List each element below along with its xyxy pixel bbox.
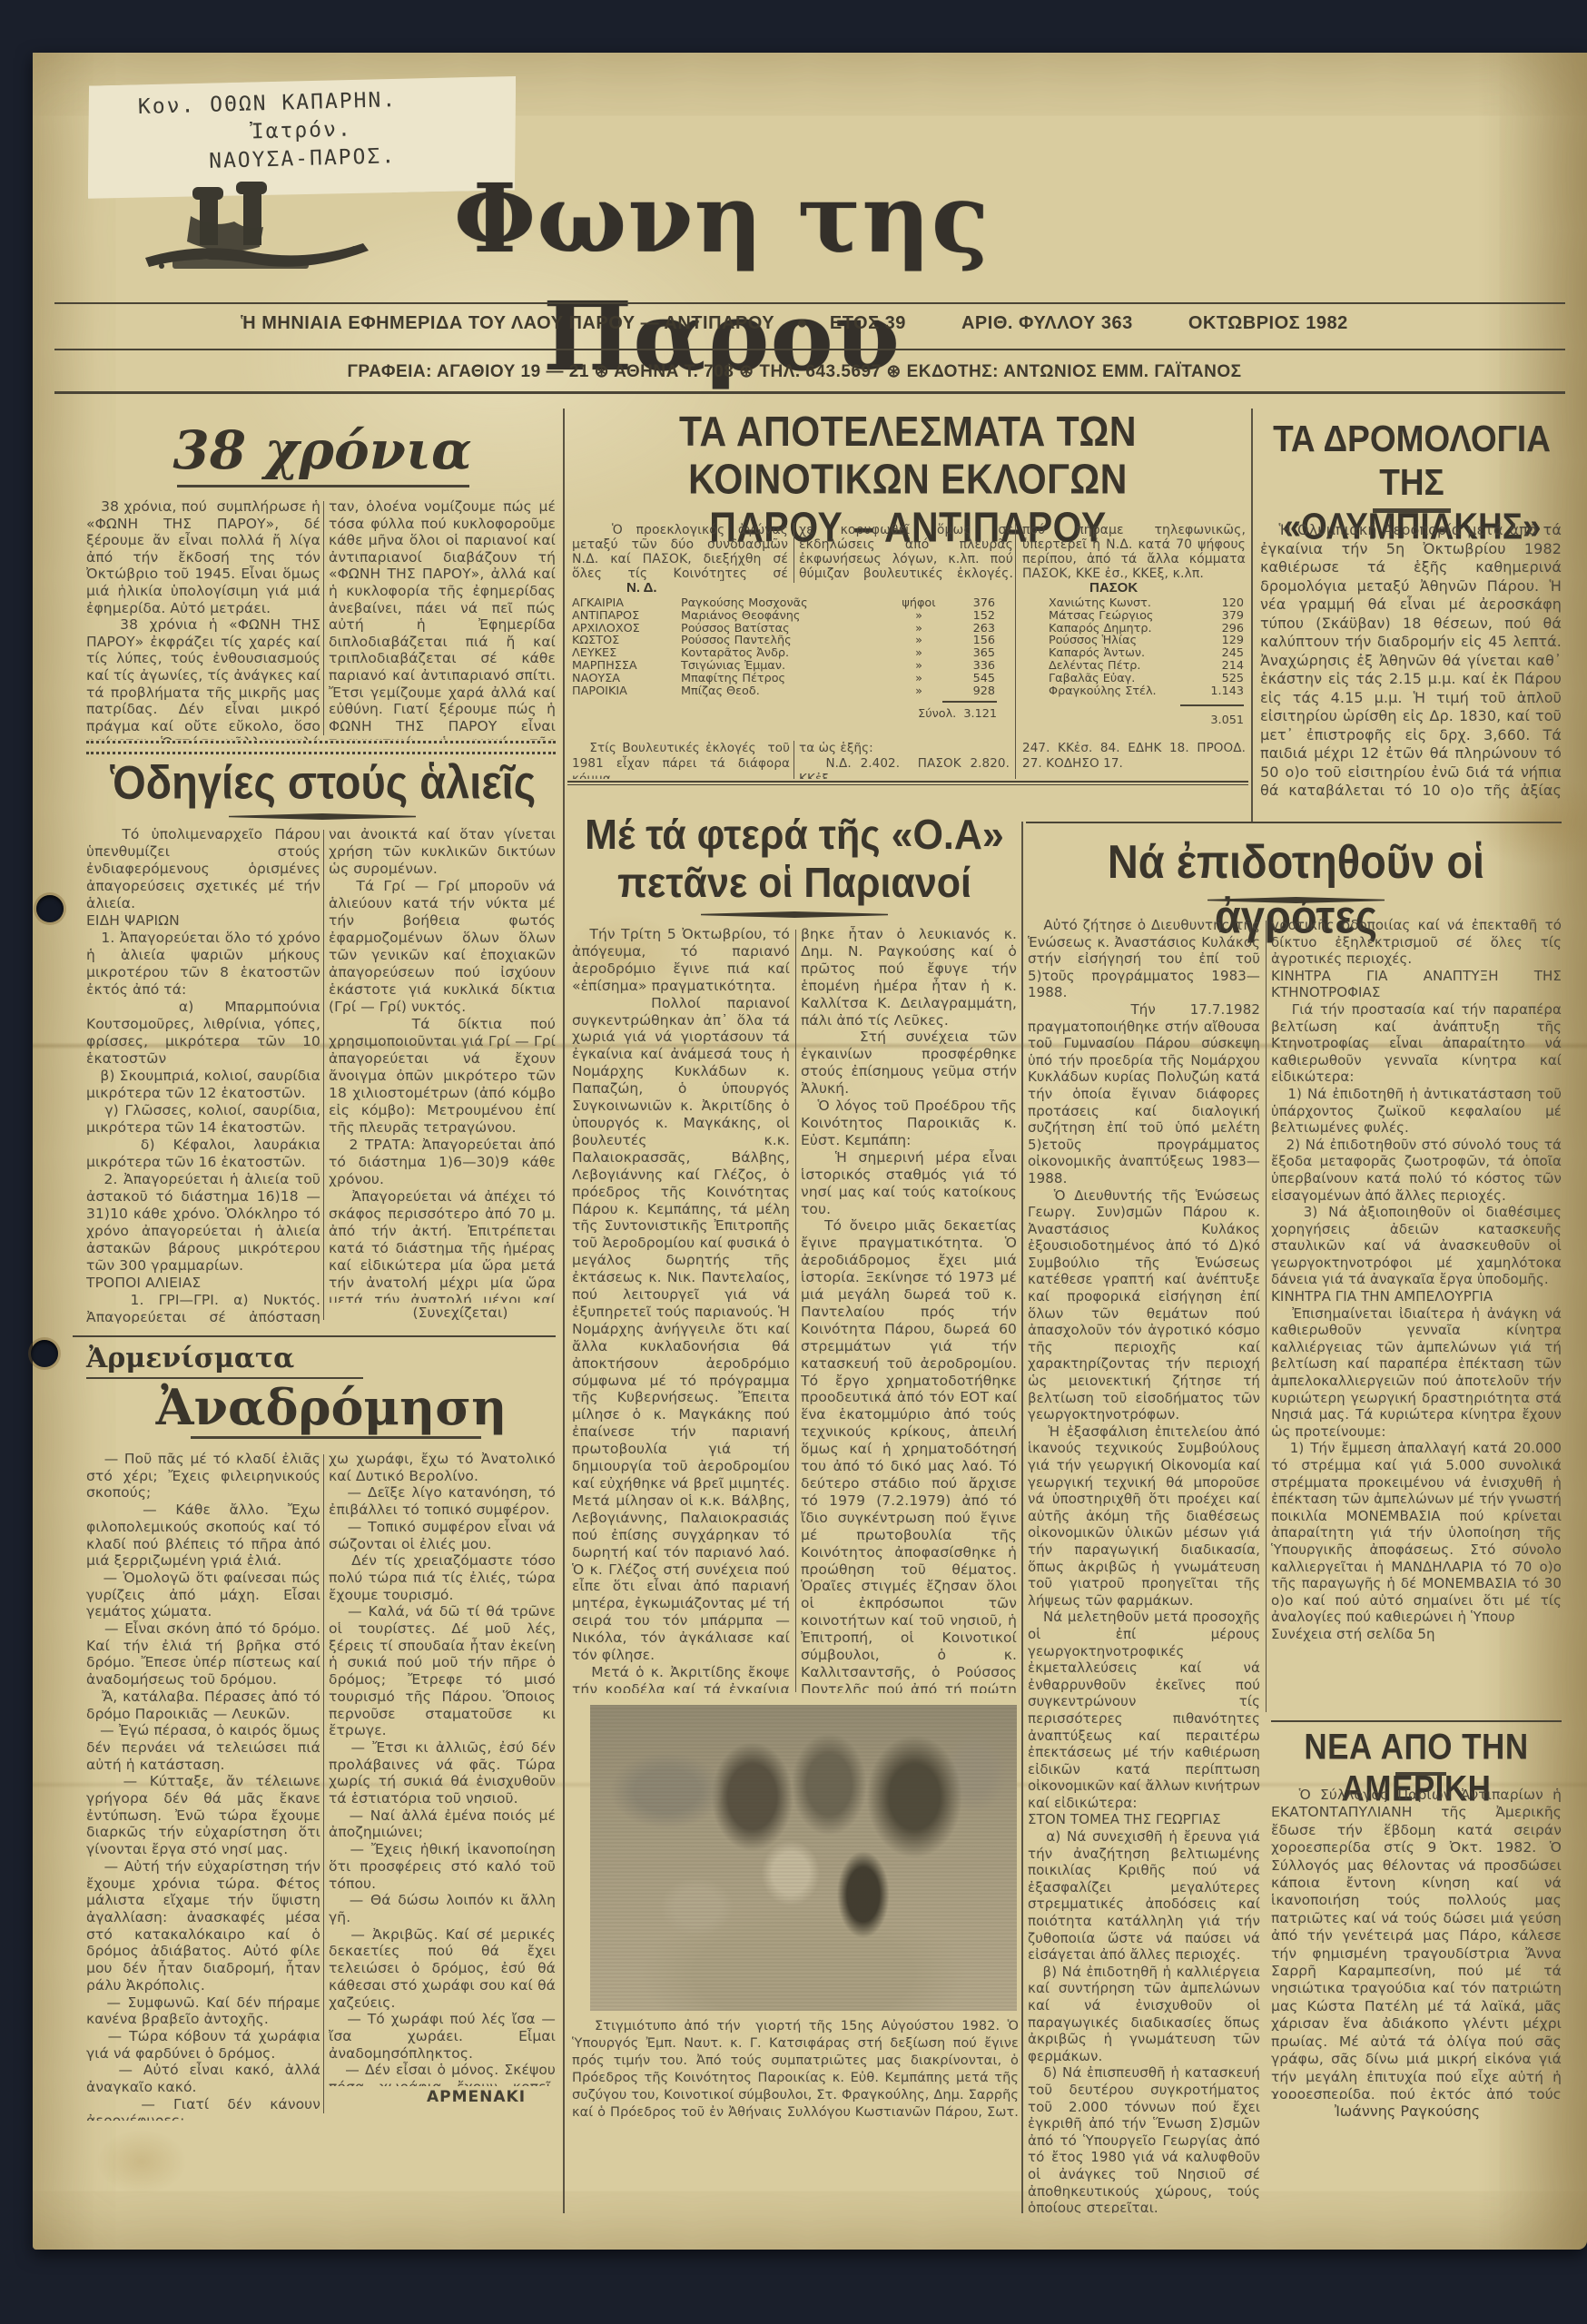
fishing-article-title: Ὁδηγίες στούς ἁλιεῖς	[91, 754, 556, 810]
election-cell-place: ΜΑΡΠΗΣΣΑ	[572, 660, 679, 673]
armenismata-kicker: Ἀρμενίσματα	[86, 1343, 368, 1374]
election-cell-place: ΝΑΟΥΣΑ	[572, 673, 679, 685]
hole-punch-icon	[31, 1340, 58, 1367]
rule	[73, 1335, 556, 1337]
sub-divider	[793, 741, 794, 779]
america-signature: Ἰωάννης Ραγκούσης	[1271, 2102, 1543, 2120]
masthead-info-line: Ἡ ΜΗΝΙΑΙΑ ΕΦΗΜΕΡΙΔΑ ΤΟΥ ΛΑΟΥ ΠΑΡΟΥ — ΑΝΤ…	[109, 313, 1480, 334]
election-cell-pasok_votes: 120	[1188, 597, 1244, 610]
election-cell-nd_name: Ρούσσος Παντελῆς	[681, 635, 894, 647]
photo-caption: Στιγμιότυπο ἀπό τήν γιορτή τῆς 15ης Αὐγο…	[572, 2018, 1019, 2120]
rule	[567, 784, 1248, 785]
anadromisi-title: Ἀναδρόμηση	[136, 1378, 527, 1436]
elections-footnote-col2: τα ὡς ἑξῆς: Ν.Δ. 2.402. ΠΑΣΟΚ 2.820. ΚΚἐ…	[799, 741, 1010, 779]
election-row: ΛΕΥΚΕΣΚονταρᾶτος Ἀνδρ.»365Καπαρός Ἀντων.…	[572, 647, 1246, 660]
election-cell-nd_name: Μπαφίτης Πέτρος	[681, 673, 894, 685]
rule	[1026, 822, 1562, 823]
election-cell-mark: ψήφοι	[892, 597, 946, 610]
election-cell-mark: »	[892, 635, 946, 647]
masthead-offices-line: ΓΡΑΦΕΙΑ: ΑΓΑΘΙΟΥ 19 — 21 ⊛ ΑΘΗΝΑ Τ. 708 …	[109, 361, 1480, 382]
article-38-years-col1: 38 χρόνια, πού συμπλήρωσε ἡ «ΦΩΝΗ ΤΗΣ ΠΑ…	[86, 498, 320, 740]
election-cell-nd_name: Μαριάνος Θεοφάνης	[681, 610, 894, 623]
masthead-issue: ΑΡΙΘ. ΦΥΛΛΟΥ 363	[961, 313, 1133, 333]
ship-bollard-icon	[136, 180, 377, 284]
elections-intro-col2: χε κορυφωθεῖ ὅμως σέ ἐκδηλώσεις ἀπό πλευ…	[799, 523, 1013, 581]
rule	[1271, 1720, 1562, 1722]
election-cell-pasok_votes: 214	[1188, 660, 1244, 673]
election-cell-mark: »	[892, 673, 946, 685]
wavy-separator	[86, 741, 556, 754]
agrotes-col1: Αὐτό ζήτησε ὁ Διευθυντής τῆς Ἑνώσεως κ. …	[1028, 917, 1260, 2213]
election-row: ΑΝΤΙΠΑΡΟΣΜαριάνος Θεοφάνης»152Μάτσας Γεώ…	[572, 610, 1246, 623]
sub-divider	[793, 523, 794, 583]
anadromisi-col1: — Ποῦ πᾶς μέ τό κλαδί ἐλιᾶς στό χέρι; Ἔχ…	[86, 1451, 320, 2121]
election-row: ΚΩΣΤΟΣΡούσσος Παντελῆς»156Ρούσσος Ἡλίας1…	[572, 635, 1246, 647]
election-cell-nd_votes: 545	[942, 673, 995, 685]
column-divider	[1021, 822, 1023, 2213]
election-cell-nd_name: Μπίζας Θεοδ.	[681, 685, 894, 698]
election-cell-mark: »	[892, 685, 946, 698]
oa-wings-headline-line2: πετᾶνε οἱ Παριανοί	[570, 860, 1019, 908]
anadromisi-signature: ΑΡΜΕΝΑΚΙ	[427, 2088, 526, 2106]
olympic-body: Ἡ Ὀλυμπιακή Ἀεροπορία μετά ἀπό τά ἐγκαίν…	[1260, 521, 1562, 801]
column-divider	[1251, 409, 1253, 822]
elections-intro-col1: Ὁ προεκλογικός ἀγώνας μεταξύ τῶν δύο συν…	[572, 523, 788, 581]
election-cell-nd_name: Ραγκούσης Μοσχονᾶς	[681, 597, 894, 610]
nd-column-header: Ν. Δ.	[626, 580, 717, 596]
election-cell-place: ΠΑΡΟΙΚΙΑ	[572, 685, 679, 698]
election-cell-nd_votes: 376	[942, 597, 995, 610]
nd-total-label: Σύνολ.	[918, 707, 956, 721]
headline-underline	[177, 485, 469, 487]
newspaper-front-page: Κον. ΟΘΩΝ ΚΑΠΑΡΗΝ. Ἰατρόν. ΝΑΟΥΣΑ-ΠΑΡΟΣ.…	[0, 0, 1587, 2324]
rule	[54, 349, 1565, 350]
election-cell-place: ΑΝΤΙΠΑΡΟΣ	[572, 610, 679, 623]
election-cell-mark: »	[892, 647, 946, 660]
sub-divider	[323, 1454, 324, 2113]
nd-total: Σύνολ. 3.121	[844, 707, 997, 721]
rule	[54, 302, 1565, 304]
election-cell-place: ΑΡΧΙΛΟΧΟΣ	[572, 623, 679, 635]
sub-divider	[323, 830, 324, 1320]
election-row: ΝΑΟΥΣΑΜπαφίτης Πέτρος»545Γαβαλᾶς Εὐαγ.52…	[572, 673, 1246, 685]
election-cell-nd_votes: 928	[942, 685, 995, 698]
election-row: ΜΑΡΠΗΣΣΑΤσιγώνιας Ἐμμαν.»336Δελέντας Πέτ…	[572, 660, 1246, 673]
election-row: ΠΑΡΟΙΚΙΑΜπίζας Θεοδ.»928Φραγκούλης Στέλ.…	[572, 685, 1246, 698]
rule	[54, 391, 1565, 394]
newspaper-title: Φωνη της Παρου	[345, 160, 1099, 396]
sub-divider	[795, 930, 796, 1692]
headline-underline	[191, 1436, 481, 1439]
election-cell-nd_name: Ρούσσος Βατίστας	[681, 623, 894, 635]
oa-wings-headline: Μέ τά φτερά τῆς «Ο.Α» πετᾶνε οἱ Παριανοί	[570, 812, 1019, 908]
olympic-headline-line1: ΤΑ ΔΡΟΜΟΛΟΓΙΑ	[1262, 417, 1562, 460]
election-row: ΑΓΚΑΙΡΙΑΡαγκούσης Μοσχονᾶςψήφοι376Χανιώτ…	[572, 597, 1246, 610]
rule	[567, 781, 1248, 783]
total-rule	[1180, 704, 1244, 706]
elections-footnote-col1: Στίς Βουλευτικές ἐκλογές τοῦ 1981 εἶχαν …	[572, 741, 790, 779]
pasok-total-value: 3.051	[1180, 714, 1244, 727]
fishing-article-col2: ναι ἀνοικτά καί ὅταν γίνεται χρήση τῶν κ…	[329, 826, 556, 1303]
bullet-icon: ●	[796, 313, 808, 333]
election-cell-nd_name: Τσιγώνιας Ἐμμαν.	[681, 660, 894, 673]
fishing-article-col1: Τό ὑπολιμεναρχεῖο Πάρου ὑπενθυμίζει στού…	[86, 826, 320, 1324]
article-38-years-col2: ταν, ὁλοένα νομίζουμε πώς μέ τόσα φύλλα …	[329, 498, 556, 740]
election-cell-nd_votes: 365	[942, 647, 995, 660]
hole-punch-icon	[36, 895, 64, 922]
column-divider	[563, 409, 565, 2213]
banquet-photo	[590, 1705, 1017, 2011]
election-cell-pasok_votes: 129	[1188, 635, 1244, 647]
masthead-subtitle: Ἡ ΜΗΝΙΑΙΑ ΕΦΗΜΕΡΙΔΑ ΤΟΥ ΛΑΟΥ ΠΑΡΟΥ — ΑΝΤ…	[241, 313, 774, 333]
election-cell-pasok_votes: 379	[1188, 610, 1244, 623]
election-cell-pasok_votes: 296	[1188, 623, 1244, 635]
election-cell-nd_votes: 156	[942, 635, 995, 647]
election-cell-nd_name: Κονταρᾶτος Ἀνδρ.	[681, 647, 894, 660]
agrotes-col2: γροτικῆς ὁδοποιίας καί νά ἐπεκταθῆ τό δί…	[1271, 917, 1562, 1696]
election-cell-place: ΛΕΥΚΕΣ	[572, 647, 679, 660]
oa-wings-col1: Τήν Τρίτη 5 Ὀκτωβρίου, τό ἀπόγευμα, τό π…	[572, 926, 790, 1693]
election-cell-nd_votes: 152	[942, 610, 995, 623]
sub-divider	[1266, 921, 1267, 1712]
election-cell-place: ΑΓΚΑΙΡΙΑ	[572, 597, 679, 610]
election-cell-pasok_votes: 245	[1188, 647, 1244, 660]
headline-underline	[1373, 508, 1451, 513]
elections-headline-line1: ΤΑ ΑΠΟΤΕΛΕΣΜΑΤΑ ΤΩΝ ΚΟΙΝΟΤΙΚΩΝ ΕΚΛΟΓΩΝ	[570, 409, 1246, 504]
masthead-etos: ΕΤΟΣ 39	[830, 313, 906, 333]
election-row: ΑΡΧΙΛΟΧΟΣΡούσσος Βατίστας»263Καπαρός Δημ…	[572, 623, 1246, 635]
elections-intro-col3: πού πήραμε τηλεφωνικῶς, ὑπερτερεῖ ἡ Ν.Δ.…	[1022, 523, 1246, 581]
headline-underline	[1395, 1772, 1446, 1776]
election-cell-mark: »	[892, 660, 946, 673]
to-be-continued: (Συνεχίζεται)	[365, 1305, 556, 1323]
total-rule	[942, 701, 997, 703]
election-cell-mark: »	[892, 623, 946, 635]
election-cell-place: ΚΩΣΤΟΣ	[572, 635, 679, 647]
election-cell-nd_votes: 263	[942, 623, 995, 635]
anadromisi-col2: χω χωράφι, ἔχω τό Ἀνατολικό καί Δυτικό Β…	[329, 1451, 556, 2086]
oa-wings-headline-line1: Μέ τά φτερά τῆς «Ο.Α»	[570, 812, 1019, 860]
masthead-month: ΟΚΤΩΒΡΙΟΣ 1982	[1188, 313, 1348, 333]
nd-total-value: 3.121	[963, 707, 997, 721]
election-cell-pasok_votes: 1.143	[1188, 685, 1244, 698]
america-body: Ὁ Σύλλογος Παρίων Ἀντιπαρίων ἡ ΕΚΑΤΟΝΤΑΠ…	[1271, 1787, 1562, 2099]
sub-divider	[323, 501, 324, 735]
article-38-years-title: 38 χρόνια	[136, 419, 508, 481]
oa-wings-col2: βηκε ἦταν ὁ λευκιανός κ. Δημ. Ν. Ραγκούσ…	[801, 926, 1017, 1693]
elections-table-rows: ΑΓΚΑΙΡΙΑΡαγκούσης Μοσχονᾶςψήφοι376Χανιώτ…	[572, 597, 1246, 697]
pasok-column-header: ΠΑΣΟΚ	[1089, 580, 1189, 596]
election-cell-nd_votes: 336	[942, 660, 995, 673]
election-cell-mark: »	[892, 610, 946, 623]
elections-footnote-col3: 247. ΚΚἐσ. 84. ΕΔΗΚ 18. ΠΡΟΟΔ. 27. ΚΟΔΗΣ…	[1022, 741, 1246, 779]
election-cell-pasok_votes: 525	[1188, 673, 1244, 685]
